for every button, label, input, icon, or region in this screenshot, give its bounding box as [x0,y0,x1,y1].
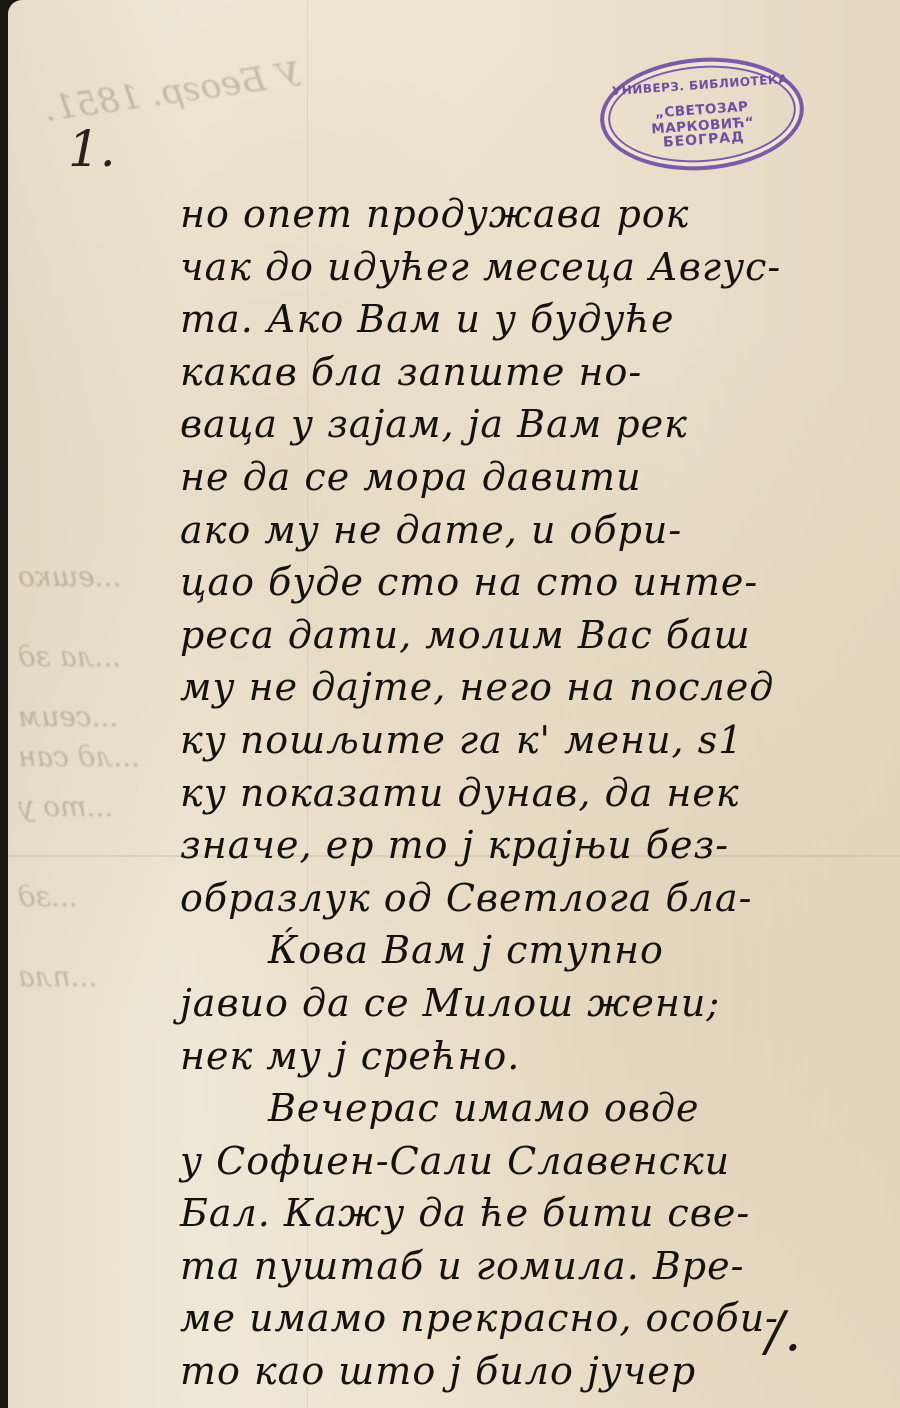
letter-line: јавио да се Милош жени; [180,977,900,1030]
letter-line: у Софиен-Сали Славенски [180,1135,900,1188]
letter-line: цао буде сто на сто инте- [180,556,900,609]
letter-line: реса дати, молим Вас баш [180,609,900,662]
library-stamp: УНИВЕРЗ. БИБЛИОТЕКА „СВЕТОЗАР МАРКОВИЋ“ … [596,51,807,177]
closing-marker: /. [766,1300,801,1363]
letter-line: значе, ер то ј крајњи без- [180,819,900,872]
letter-body: но опет продужава рок чак до идућег месе… [180,188,900,1398]
letter-line: какав бла запште но- [180,346,900,399]
bleed-through-fragment: ...лд сан [18,740,140,773]
bleed-through-fragment: ...зд [18,880,78,913]
letter-line: Ќова Вам ј ступно [180,924,900,977]
bleed-through-date: У Беогр. 1851. [41,54,303,130]
letter-page: У Беогр. 1851. ...ешко ...ла зд ...сеим … [8,0,900,1408]
letter-line: та. Ако Вам и у будуће [180,293,900,346]
page-number-marker: 1. [68,120,116,178]
letter-line: ако му не дате, и обри- [180,504,900,557]
letter-line: нек му ј срећно. [180,1030,900,1083]
letter-line: не да се мора давити [180,451,900,504]
bleed-through-fragment: ...пла [18,960,97,993]
letter-line: чак до идућег месеца Авгус- [180,241,900,294]
bleed-through-fragment: ...ла зд [18,640,121,673]
letter-line: ку пошљите га к' мени, s1 [180,714,900,767]
letter-line: му не дајте, него на послед [180,661,900,714]
bleed-through-fragment: ...то у [18,790,113,823]
letter-line: Вечерас имамо овде [180,1082,900,1135]
letter-line: ку показати дунав, да нек [180,767,900,820]
stamp-line-1: УНИВЕРЗ. БИБЛИОТЕКА [602,71,798,99]
letter-line: ваца у заjам, jа Вам рек [180,398,900,451]
letter-line: Бал. Кажу да ће бити све- [180,1187,900,1240]
bleed-through-fragment: ...ешко [18,560,121,593]
letter-line: та пуштаб и гомила. Вре- [180,1240,900,1293]
bleed-through-fragment: ...сеим [18,700,118,733]
letter-line: но опет продужава рок [180,188,900,241]
letter-line: образлук од Светлога бла- [180,872,900,925]
